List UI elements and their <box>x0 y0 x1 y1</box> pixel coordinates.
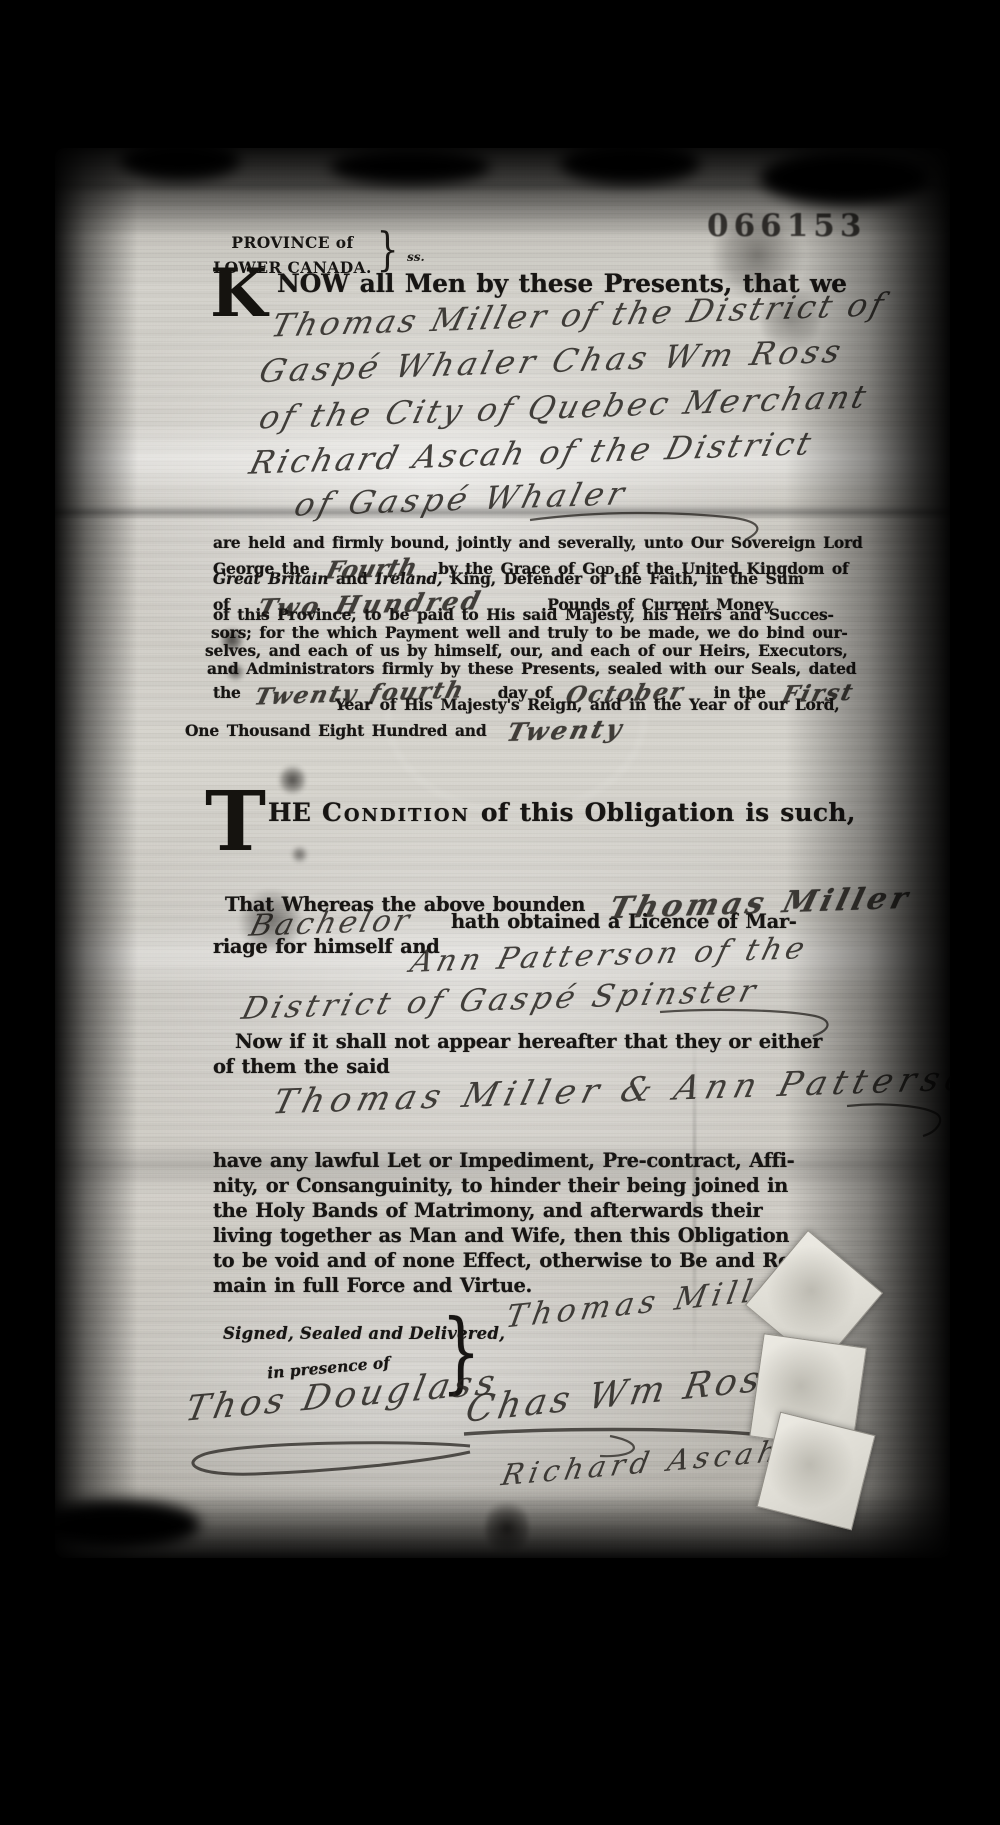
torn-edge <box>560 142 700 184</box>
closing-line6: main in full Force and Virtue. <box>213 1274 532 1297</box>
dropcap-k: K <box>210 260 267 326</box>
ink-stain <box>227 662 244 682</box>
proviso-line1: Now if it shall not appear hereafter tha… <box>235 1030 822 1053</box>
torn-edge <box>760 150 930 205</box>
dropcap-t: T <box>205 781 266 863</box>
torn-edge <box>120 140 240 180</box>
closing-line5: to be void and of none Effect, otherwise… <box>213 1249 798 1272</box>
scilicet-abbr: ss. <box>407 250 425 264</box>
ireland-italic: Ireland, <box>375 569 442 588</box>
bond-line1: are held and firmly bound, jointly and s… <box>213 533 863 552</box>
signature-flourish <box>185 1438 475 1483</box>
ink-stain <box>291 846 308 863</box>
licence-line1: hath obtained a Licence of Mar- <box>451 910 796 933</box>
bride-district-fill: District of Gaspé Spinster <box>238 973 763 1027</box>
torn-edge <box>330 148 490 184</box>
bond-line8: and Administrators firmly by these Prese… <box>207 659 856 678</box>
bond-line11-pre: One Thousand Eight Hundred and <box>185 721 487 740</box>
bond-line9-pre: the <box>213 683 241 702</box>
ink-stain <box>279 764 306 796</box>
condition-heading: HE Condition of this Obligation is such, <box>268 798 856 827</box>
bond-line3: Great Britain and Ireland, King, Defende… <box>213 569 804 588</box>
document-page: PROVINCE of LOWER CANADA. } ss. 066153 K… <box>55 148 950 1558</box>
brace-glyph: } <box>377 222 399 276</box>
signature-ascah: Richard Ascah <box>499 1434 785 1493</box>
scanned-marriage-bond: PROVINCE of LOWER CANADA. } ss. 066153 K… <box>0 0 1000 1825</box>
parties-line5: of Gaspé Whaler <box>291 474 633 523</box>
closing-line3: the Holy Bands of Matrimony, and afterwa… <box>213 1199 762 1222</box>
condition-heading-condition: Condition <box>322 798 470 827</box>
condition-heading-rest: of this Obligation is such, <box>470 798 856 827</box>
condition-heading-the: HE <box>268 798 322 827</box>
closing-line1: have any lawful Let or Impediment, Pre-c… <box>213 1149 794 1172</box>
great-britain-italic: Great Britain <box>213 569 328 588</box>
bond-year-fill: Twenty <box>504 714 628 747</box>
bond-line10: Year of His Majesty's Reign, and in the … <box>335 695 840 714</box>
bond-line5: of this Province, to be paid to His said… <box>213 605 834 624</box>
bond-line6: sors; for the which Payment well and tru… <box>211 623 848 642</box>
province-line1: PROVINCE of <box>205 230 380 255</box>
ink-stain <box>237 890 305 952</box>
torn-edge <box>40 1500 200 1550</box>
ink-stain <box>221 626 243 654</box>
bond-line3-post: King, Defender of the Faith, in the Sum <box>450 569 804 588</box>
bond-line3-mid: and <box>336 569 368 588</box>
signature-ross: Chas Wm Ross <box>463 1356 790 1431</box>
bond-line11: One Thousand Eight Hundred and Twenty <box>185 713 624 742</box>
closing-line4: living together as Man and Wife, then th… <box>213 1224 789 1247</box>
bond-line7: selves, and each of us by himself, our, … <box>205 641 848 660</box>
ink-stain <box>760 283 820 355</box>
closing-line2: nity, or Consanguinity, to hinder their … <box>213 1174 788 1197</box>
ink-stain <box>485 1498 529 1558</box>
